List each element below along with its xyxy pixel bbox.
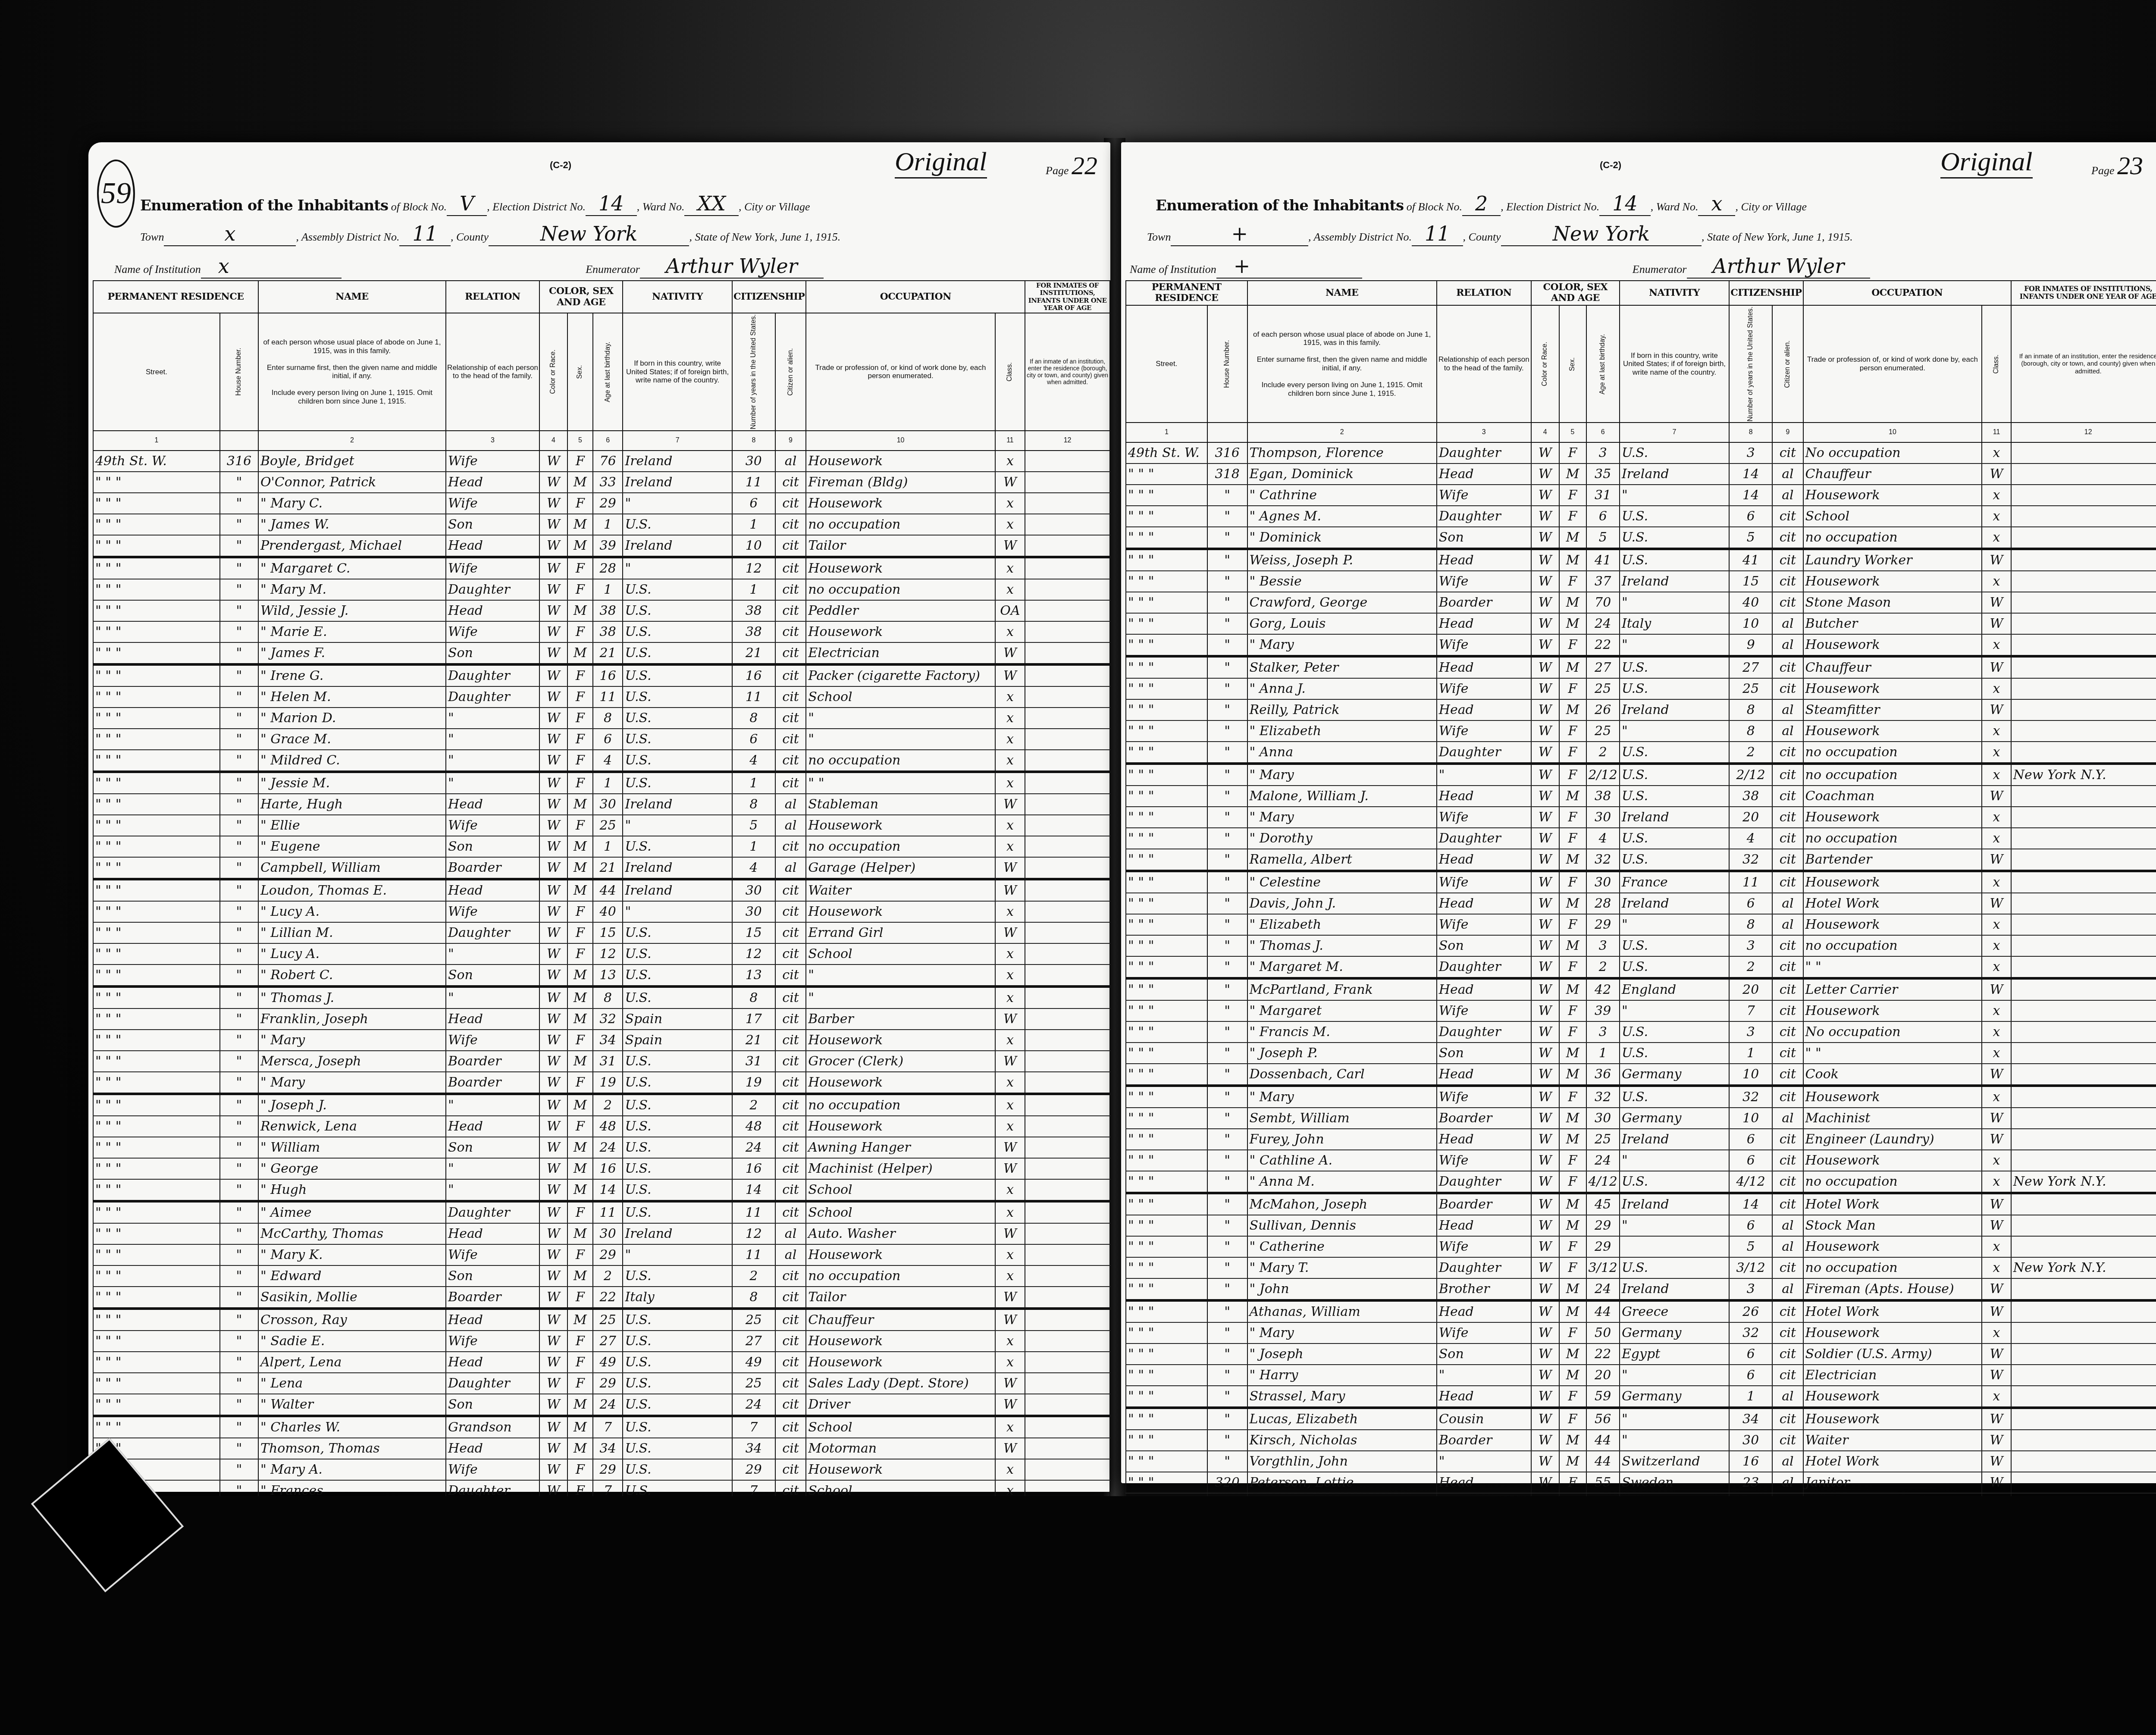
cell-inst: [1025, 836, 1110, 857]
cell-street: " " ": [1126, 1278, 1207, 1300]
cell-street: " " ": [1126, 1300, 1207, 1322]
cell-cit: cit: [775, 686, 806, 708]
cell-occ: Tailor: [806, 1287, 995, 1309]
cell-occ: Housework: [806, 621, 995, 642]
cell-cls: x: [995, 1352, 1025, 1373]
cell-street: " " ": [1126, 1430, 1207, 1451]
cell-color: W: [539, 1352, 567, 1373]
cell-occ: Housework: [806, 493, 995, 514]
cell-occ: Laundry Worker: [1803, 549, 1982, 571]
cell-name: " Lena: [258, 1373, 446, 1394]
cell-sex: M: [1559, 978, 1586, 1000]
cell-street: " " ": [1126, 956, 1207, 978]
cell-cit: cit: [775, 1051, 806, 1072]
cell-name: " Lucy A.: [258, 943, 446, 965]
cell-cls: x: [995, 729, 1025, 750]
cell-age: 32: [1586, 1086, 1620, 1108]
cell-house: ": [220, 794, 258, 815]
cell-sex: F: [567, 1373, 593, 1394]
cell-color: W: [1531, 549, 1559, 571]
cell-inst: [1025, 1158, 1110, 1179]
cell-cls: x: [1982, 485, 2011, 506]
cell-cit: cit: [1772, 442, 1803, 464]
cell-name: " Francis M.: [1247, 1021, 1437, 1043]
census-row: " " """ Charles W.GrandsonWM7U.S.7citSch…: [93, 1416, 1110, 1438]
col-relation: RELATION: [446, 281, 539, 313]
cell-nativity: U.S.: [623, 987, 732, 1008]
cell-age: 4: [593, 750, 623, 772]
census-row: " " ""Crosson, RayHeadWM25U.S.25citChauf…: [93, 1309, 1110, 1331]
cell-nativity: U.S.: [1620, 828, 1729, 849]
cell-cit: cit: [1772, 956, 1803, 978]
cell-cls: x: [1982, 720, 2011, 742]
cell-occ: " ": [806, 772, 995, 794]
cell-cit: cit: [775, 1094, 806, 1116]
cell-nativity: ": [623, 901, 732, 922]
cell-house: ": [1207, 1408, 1247, 1430]
census-row: " " ""Sullivan, DennisHeadWM29"6alStock …: [1126, 1215, 2156, 1236]
cell-street: " " ": [93, 535, 220, 557]
census-row: " " """ Marion D."WF8U.S.8cit"x: [93, 708, 1110, 729]
cell-rel: Boarder: [446, 1287, 539, 1309]
cell-years: 15: [732, 922, 775, 943]
cell-cit: cit: [775, 1072, 806, 1094]
cell-cls: W: [995, 1008, 1025, 1030]
cell-house: ": [1207, 1300, 1247, 1322]
cell-color: W: [539, 1030, 567, 1051]
subcol-sex: Sex.: [567, 313, 593, 431]
cell-cit: al: [1772, 485, 1803, 506]
cell-street: " " ": [1126, 1108, 1207, 1129]
cell-house: ": [1207, 1386, 1247, 1408]
cell-age: 3/12: [1586, 1257, 1620, 1278]
cell-years: 40: [1729, 592, 1772, 613]
cell-street: " " ": [93, 621, 220, 642]
census-row: " " """ James W.SonWM1U.S.1citno occupat…: [93, 514, 1110, 535]
census-row: " " ""Prendergast, MichaelHeadWM39Irelan…: [93, 535, 1110, 557]
cell-sex: F: [1559, 571, 1586, 592]
subcol-color: Color or Race.: [1531, 305, 1559, 423]
cell-years: 1: [732, 579, 775, 600]
cell-street: " " ": [1126, 527, 1207, 549]
cell-street: " " ": [93, 1352, 220, 1373]
census-row: " " ""Loudon, Thomas E.HeadWM44Ireland30…: [93, 879, 1110, 901]
cell-occ: Housework: [806, 1244, 995, 1265]
cell-cit: cit: [775, 1030, 806, 1051]
cell-cls: W: [995, 794, 1025, 815]
cell-color: W: [539, 943, 567, 965]
cell-years: 48: [732, 1116, 775, 1137]
census-row: " " ""Mersca, JosephBoarderWM31U.S.31cit…: [93, 1051, 1110, 1072]
cell-cls: x: [995, 901, 1025, 922]
cell-occ: Housework: [806, 1331, 995, 1352]
cell-nativity: Ireland: [1620, 1129, 1729, 1150]
cell-occ: Chauffeur: [1803, 656, 1982, 678]
subcol-street: Street.: [1126, 305, 1207, 423]
cell-occ: Housework: [1803, 807, 1982, 828]
colnum: 1: [1126, 423, 1207, 442]
cell-age: 40: [593, 901, 623, 922]
cell-occ: Sales Lady (Dept. Store): [806, 1373, 995, 1394]
cell-nativity: ": [1620, 634, 1729, 656]
cell-cls: x: [995, 943, 1025, 965]
cell-cit: cit: [1772, 549, 1803, 571]
cell-name: Ramella, Albert: [1247, 849, 1437, 871]
cell-age: 2: [593, 1094, 623, 1116]
cell-house: ": [1207, 1278, 1247, 1300]
cell-cls: x: [1982, 506, 2011, 527]
cell-rel: Boarder: [446, 857, 539, 879]
cell-color: W: [1531, 1129, 1559, 1150]
cell-house: ": [1207, 1021, 1247, 1043]
ward-label: Ward No.: [1656, 200, 1698, 213]
cell-house: ": [1207, 571, 1247, 592]
page-number-value: 23: [2117, 151, 2143, 180]
cell-age: 39: [593, 535, 623, 557]
cell-sex: M: [1559, 1215, 1586, 1236]
census-row: " " ""Harte, HughHeadWM30Ireland8alStabl…: [93, 794, 1110, 815]
colnum: 3: [446, 431, 539, 451]
cell-street: " " ": [1126, 699, 1207, 720]
cell-house: ": [220, 1459, 258, 1480]
cell-cit: cit: [1772, 935, 1803, 956]
cell-house: ": [1207, 914, 1247, 935]
cell-cls: x: [995, 1265, 1025, 1287]
cell-nativity: Ireland: [1620, 1278, 1729, 1300]
cell-occ: Housework: [806, 901, 995, 922]
census-row: " " ""Renwick, LenaHeadWF48U.S.48citHous…: [93, 1116, 1110, 1137]
cell-color: W: [1531, 699, 1559, 720]
cell-years: 21: [732, 1030, 775, 1051]
cell-sex: F: [1559, 742, 1586, 764]
cell-inst: [2011, 935, 2156, 956]
colnum: 10: [1803, 423, 1982, 442]
cell-inst: [2011, 699, 2156, 720]
cell-cit: cit: [1772, 742, 1803, 764]
cell-rel: Daughter: [1437, 1171, 1531, 1193]
census-row: " " """ Agnes M.DaughterWF6U.S.6citSchoo…: [1126, 506, 2156, 527]
cell-occ: ": [806, 965, 995, 987]
cell-cls: x: [1982, 571, 2011, 592]
cell-inst: [2011, 1064, 2156, 1086]
institution-label: Name of Institution: [1130, 263, 1216, 276]
cell-rel: Son: [1437, 1344, 1531, 1365]
census-row: " " """ Anna M.DaughterWF4/12U.S.4/12cit…: [1126, 1171, 2156, 1193]
census-row: " " """ Mary C.WifeWF29"6citHouseworkx: [93, 493, 1110, 514]
cell-nativity: U.S.: [1620, 1043, 1729, 1064]
cell-color: W: [539, 621, 567, 642]
cell-age: 19: [593, 1072, 623, 1094]
cell-rel: Wife: [1437, 1236, 1531, 1257]
cell-color: W: [1531, 571, 1559, 592]
cell-name: Malone, William J.: [1247, 786, 1437, 807]
cell-street: " " ": [93, 1137, 220, 1158]
cell-occ: no occupation: [1803, 828, 1982, 849]
cell-sex: F: [1559, 442, 1586, 464]
cell-inst: [2011, 1129, 2156, 1150]
colnum: 6: [1586, 423, 1620, 442]
cell-occ: no occupation: [1803, 1257, 1982, 1278]
cell-years: 24: [732, 1137, 775, 1158]
cell-sex: F: [1559, 634, 1586, 656]
cell-sex: F: [1559, 485, 1586, 506]
cell-rel: Son: [446, 836, 539, 857]
cell-cls: W: [1982, 1215, 2011, 1236]
cell-rel: Wife: [1437, 914, 1531, 935]
cell-name: " Jessie M.: [258, 772, 446, 794]
cell-cit: al: [1772, 1278, 1803, 1300]
cell-nativity: U.S.: [1620, 1171, 1729, 1193]
cell-name: " Joseph P.: [1247, 1043, 1437, 1064]
cell-cit: al: [775, 1223, 806, 1244]
location-line: Town+, Assembly District No.11, CountyNe…: [1147, 222, 1853, 245]
cell-street: " " ": [93, 1008, 220, 1030]
cell-color: W: [539, 794, 567, 815]
cell-nativity: U.S.: [623, 1137, 732, 1158]
cell-house: ": [1207, 656, 1247, 678]
cell-age: 29: [1586, 914, 1620, 935]
cell-nativity: ": [1620, 1215, 1729, 1236]
cell-cls: x: [1982, 527, 2011, 549]
cell-age: 24: [1586, 613, 1620, 634]
cell-house: ": [1207, 764, 1247, 786]
cell-color: W: [1531, 1000, 1559, 1021]
cell-rel: Wife: [446, 451, 539, 472]
cell-name: Lucas, Elizabeth: [1247, 1408, 1437, 1430]
cell-nativity: ": [623, 493, 732, 514]
cell-color: W: [1531, 720, 1559, 742]
cell-inst: [1025, 857, 1110, 879]
cell-name: " Mary K.: [258, 1244, 446, 1265]
census-row: " " """ Harry"WM20"6citElectricianW44: [1126, 1365, 2156, 1386]
cell-age: 25: [593, 815, 623, 836]
cell-age: 1: [593, 836, 623, 857]
cell-years: 10: [1729, 613, 1772, 634]
cell-occ: Cook: [1803, 1064, 1982, 1086]
cell-name: " Catherine: [1247, 1236, 1437, 1257]
cell-age: 30: [1586, 871, 1620, 893]
cell-sex: F: [567, 729, 593, 750]
cell-sex: M: [567, 879, 593, 901]
cell-cls: x: [995, 621, 1025, 642]
cell-cls: x: [1982, 764, 2011, 786]
colnum: 9: [1772, 423, 1803, 442]
census-row: " " """ Mary K.WifeWF29"11alHouseworkx: [93, 1244, 1110, 1265]
cell-nativity: U.S.: [623, 836, 732, 857]
cell-cls: W: [995, 922, 1025, 943]
cell-street: " " ": [93, 642, 220, 664]
cell-years: 4: [732, 750, 775, 772]
subcol-age: Age at last birthday.: [593, 313, 623, 431]
cell-rel: Wife: [1437, 1322, 1531, 1344]
cell-color: W: [1531, 656, 1559, 678]
cell-age: 34: [593, 1438, 623, 1459]
cell-nativity: U.S.: [623, 621, 732, 642]
cell-years: 2: [1729, 956, 1772, 978]
cell-rel: Son: [446, 1394, 539, 1416]
cell-name: " John: [1247, 1278, 1437, 1300]
form-code: (C-2): [550, 160, 571, 171]
cell-name: Reilly, Patrick: [1247, 699, 1437, 720]
cell-color: W: [1531, 742, 1559, 764]
cell-house: ": [1207, 1150, 1247, 1171]
cell-age: 33: [593, 472, 623, 493]
cell-cit: cit: [775, 1116, 806, 1137]
cell-cit: cit: [775, 1201, 806, 1223]
cell-rel: Boarder: [1437, 592, 1531, 613]
cell-name: " Cathline A.: [1247, 1150, 1437, 1171]
cell-sex: M: [1559, 1278, 1586, 1300]
cell-sex: F: [1559, 1257, 1586, 1278]
cell-inst: [2011, 656, 2156, 678]
cell-nativity: U.S.: [623, 1352, 732, 1373]
cell-cls: W: [1982, 1365, 2011, 1386]
cell-name: " Walter: [258, 1394, 446, 1416]
cell-color: W: [1531, 828, 1559, 849]
cell-color: W: [1531, 634, 1559, 656]
cell-house: ": [220, 772, 258, 794]
cell-color: W: [539, 1244, 567, 1265]
census-row: " " """ MaryWifeWF22"9alHouseworkx10: [1126, 634, 2156, 656]
cell-color: W: [539, 664, 567, 686]
cell-nativity: U.S.: [1620, 1021, 1729, 1043]
cell-inst: [1025, 987, 1110, 1008]
cell-inst: [2011, 1451, 2156, 1472]
census-row: " " """ Anna J.WifeWF25U.S.25citHousewor…: [1126, 678, 2156, 699]
cell-age: 3: [1586, 935, 1620, 956]
cell-rel: Daughter: [446, 664, 539, 686]
cell-years: 11: [732, 1201, 775, 1223]
page-header: 59 (C-2) Original Page 22 Enumeration of…: [88, 142, 1110, 280]
cell-inst: [2011, 549, 2156, 571]
cell-street: " " ": [1126, 678, 1207, 699]
cell-name: " Mary: [1247, 1086, 1437, 1108]
cell-nativity: Germany: [1620, 1386, 1729, 1408]
cell-inst: [2011, 1278, 2156, 1300]
cell-occ: No occupation: [1803, 1021, 1982, 1043]
page-number: Page 23: [2091, 151, 2143, 181]
cell-name: Thomson, Thomas: [258, 1438, 446, 1459]
cell-sex: F: [1559, 1021, 1586, 1043]
cell-occ: Housework: [806, 1030, 995, 1051]
cell-occ: Hotel Work: [1803, 893, 1982, 914]
census-row: " " """ Margaret C.WifeWF28"12citHousewo…: [93, 557, 1110, 579]
cell-inst: [2011, 1472, 2156, 1493]
cell-nativity: U.S.: [1620, 786, 1729, 807]
cell-name: " Sadie E.: [258, 1331, 446, 1352]
cell-occ: Hotel Work: [1803, 1193, 1982, 1215]
cell-occ: no occupation: [806, 836, 995, 857]
cell-rel: Wife: [1437, 634, 1531, 656]
cell-years: 32: [1729, 849, 1772, 871]
cell-color: W: [1531, 1108, 1559, 1129]
subcol-age: Age at last birthday.: [1586, 305, 1620, 423]
cell-nativity: [1620, 1236, 1729, 1257]
cell-sex: M: [1559, 786, 1586, 807]
cell-color: W: [1531, 485, 1559, 506]
cell-cls: W: [1982, 978, 2011, 1000]
cell-inst: [2011, 849, 2156, 871]
cell-color: W: [539, 708, 567, 729]
cell-cit: cit: [775, 879, 806, 901]
cell-nativity: U.S.: [1620, 1257, 1729, 1278]
cell-rel: Head: [1437, 786, 1531, 807]
cell-color: W: [1531, 678, 1559, 699]
cell-house: ": [1207, 1129, 1247, 1150]
cell-house: ": [220, 1438, 258, 1459]
cell-years: 38: [732, 621, 775, 642]
cell-occ: Housework: [1803, 1150, 1982, 1171]
cell-color: W: [539, 1158, 567, 1179]
cell-name: " Dorothy: [1247, 828, 1437, 849]
cell-name: " Margaret M.: [1247, 956, 1437, 978]
cell-sex: F: [567, 1116, 593, 1137]
cell-cls: W: [1982, 1193, 2011, 1215]
cell-years: 16: [732, 664, 775, 686]
cell-cls: x: [1982, 1171, 2011, 1193]
cell-house: ": [220, 1158, 258, 1179]
census-row: " " """ Helen M.DaughterWF11U.S.11citSch…: [93, 686, 1110, 708]
cell-street: " " ": [93, 1201, 220, 1223]
cell-name: " Margaret C.: [258, 557, 446, 579]
county-label: County: [1469, 231, 1501, 243]
census-table-left: PERMANENT RESIDENCE NAME RELATION COLOR,…: [93, 280, 1110, 1523]
cell-house: ": [220, 922, 258, 943]
cell-rel: Head: [1437, 978, 1531, 1000]
cell-cls: x: [1982, 742, 2011, 764]
cell-years: 38: [1729, 786, 1772, 807]
cell-inst: [1025, 1352, 1110, 1373]
cell-sex: M: [567, 1158, 593, 1179]
cell-name: " Dominick: [1247, 527, 1437, 549]
cell-cit: cit: [775, 1416, 806, 1438]
cell-years: 30: [732, 901, 775, 922]
cell-color: W: [539, 857, 567, 879]
cell-sex: F: [567, 493, 593, 514]
cell-nativity: U.S.: [1620, 506, 1729, 527]
colnum: 7: [623, 431, 732, 451]
cell-house: ": [220, 1373, 258, 1394]
cell-age: 29: [593, 493, 623, 514]
cell-house: ": [1207, 506, 1247, 527]
cell-cls: x: [995, 1116, 1025, 1137]
cell-rel: Head: [446, 1438, 539, 1459]
cell-cit: cit: [775, 1309, 806, 1331]
cell-house: ": [1207, 1193, 1247, 1215]
census-row: " " """ ElizabethWifeWF29"8alHouseworkx2…: [1126, 914, 2156, 935]
cell-street: " " ": [93, 1244, 220, 1265]
cell-years: 8: [1729, 720, 1772, 742]
cell-house: ": [220, 815, 258, 836]
cell-rel: Head: [446, 472, 539, 493]
cell-age: 59: [1586, 1386, 1620, 1408]
subcol-nativity-desc: If born in this country, write United St…: [1620, 305, 1729, 423]
cell-name: " George: [258, 1158, 446, 1179]
cell-cls: x: [995, 1331, 1025, 1352]
cell-rel: Son: [1437, 1043, 1531, 1064]
cell-years: 14: [732, 1179, 775, 1201]
cell-house: ": [1207, 1171, 1247, 1193]
cell-sex: F: [567, 557, 593, 579]
cell-occ: Waiter: [1803, 1430, 1982, 1451]
cell-rel: Wife: [1437, 720, 1531, 742]
cell-occ: School: [1803, 506, 1982, 527]
cell-name: " Edward: [258, 1265, 446, 1287]
cell-house: ": [1207, 786, 1247, 807]
cell-rel: Boarder: [446, 1072, 539, 1094]
cell-rel: Head: [446, 1116, 539, 1137]
cell-inst: [2011, 506, 2156, 527]
